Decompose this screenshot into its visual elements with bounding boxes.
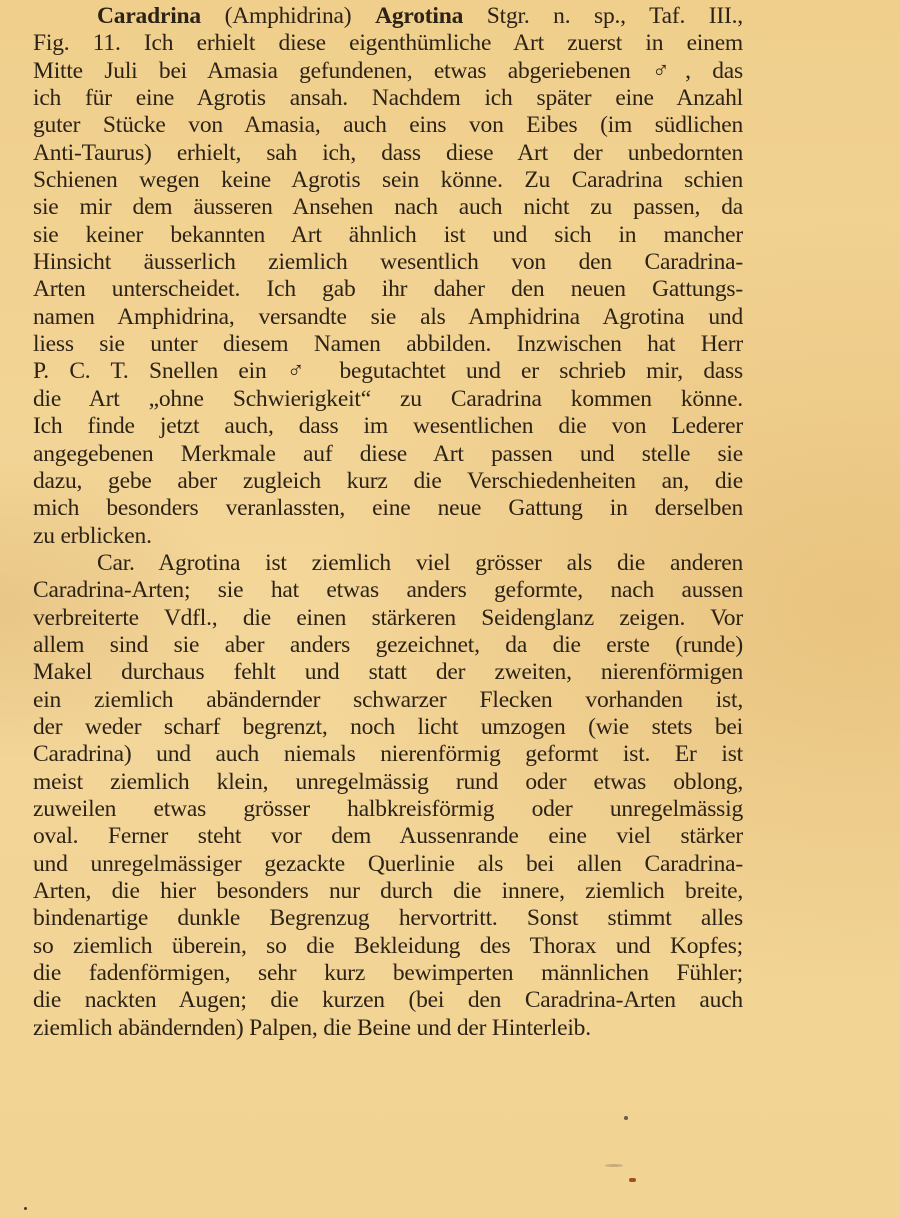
text-line: dazu, gebe aber zugleich kurz die Versch…	[33, 468, 743, 495]
text-line: Makel durchaus fehlt und statt der zweit…	[33, 659, 743, 686]
paragraph-1: Fig. 11. Ich erhielt diese eigenthümlich…	[33, 30, 743, 550]
species-heading: Caradrina (Amphidrina) Agrotina Stgr. n.…	[33, 3, 743, 30]
speck	[24, 1207, 27, 1210]
document-page: Caradrina (Amphidrina) Agrotina Stgr. n.…	[33, 3, 743, 1042]
text-line: angegebenen Merkmale auf diese Art passe…	[33, 441, 743, 468]
text-line: die Art „ohne Schwierigkeit“ zu Caradrin…	[33, 386, 743, 413]
text-line: die fadenförmigen, sehr kurz bewimperten…	[33, 960, 743, 987]
heading-reference: Stgr. n. sp., Taf. III.,	[487, 3, 743, 29]
text-line: P. C. T. Snellen ein ♂ begutachtet und e…	[33, 358, 743, 385]
text-line: zu erblicken.	[33, 523, 743, 550]
text-line: Anti-Taurus) erhielt, sah ich, dass dies…	[33, 140, 743, 167]
text-line: Caradrina) und auch niemals nierenförmig…	[33, 741, 743, 768]
speck	[629, 1178, 636, 1182]
paragraph-2: Car. Agrotina ist ziemlich viel grösser …	[33, 550, 743, 1042]
text-line: Arten, die hier besonders nur durch die …	[33, 878, 743, 905]
text-line: ziemlich abändernden) Palpen, die Beine …	[33, 1015, 743, 1042]
text-line: bindenartige dunkle Begrenzug hervortrit…	[33, 905, 743, 932]
text-line: verbreiterte Vdfl., die einen stärkeren …	[33, 605, 743, 632]
text-line: die nackten Augen; die kurzen (bei den C…	[33, 987, 743, 1014]
text-line: der weder scharf begrenzt, noch licht um…	[33, 714, 743, 741]
text-line: meist ziemlich klein, unregelmässig rund…	[33, 769, 743, 796]
text-line: Caradrina-Arten; sie hat etwas anders ge…	[33, 577, 743, 604]
subgenus-name: (Amphidrina)	[225, 3, 352, 29]
text-line: ein ziemlich abändernder schwarzer Fleck…	[33, 687, 743, 714]
speck	[624, 1116, 628, 1120]
text-line: Car. Agrotina ist ziemlich viel grösser …	[33, 550, 743, 577]
text-line: sie mir dem äusseren Ansehen nach auch n…	[33, 194, 743, 221]
text-line: liess sie unter diesem Namen abbilden. I…	[33, 331, 743, 358]
speck	[605, 1164, 623, 1167]
text-line: zuweilen etwas grösser halbkreisförmig o…	[33, 796, 743, 823]
species-name: Agrotina	[375, 3, 463, 29]
text-line: Fig. 11. Ich erhielt diese eigenthümlich…	[33, 30, 743, 57]
text-line: mich besonders veranlassten, eine neue G…	[33, 495, 743, 522]
text-line: Hinsicht äusserlich ziemlich wesentlich …	[33, 249, 743, 276]
text-line: Arten unterscheidet. Ich gab ihr daher d…	[33, 276, 743, 303]
text-line: Schienen wegen keine Agrotis sein könne.…	[33, 167, 743, 194]
text-line: guter Stücke von Amasia, auch eins von E…	[33, 112, 743, 139]
text-line: sie keiner bekannten Art ähnlich ist und…	[33, 222, 743, 249]
genus-name: Caradrina	[97, 3, 201, 29]
text-line: Mitte Juli bei Amasia gefundenen, etwas …	[33, 58, 743, 85]
text-line: Ich finde jetzt auch, dass im wesentlich…	[33, 413, 743, 440]
text-line: oval. Ferner steht vor dem Aussenrande e…	[33, 823, 743, 850]
text-line: ich für eine Agrotis ansah. Nachdem ich …	[33, 85, 743, 112]
text-line: allem sind sie aber anders gezeichnet, d…	[33, 632, 743, 659]
text-line: so ziemlich überein, so die Bekleidung d…	[33, 933, 743, 960]
text-line: und unregelmässiger gezackte Querlinie a…	[33, 851, 743, 878]
text-line: namen Amphidrina, versandte sie als Amph…	[33, 304, 743, 331]
